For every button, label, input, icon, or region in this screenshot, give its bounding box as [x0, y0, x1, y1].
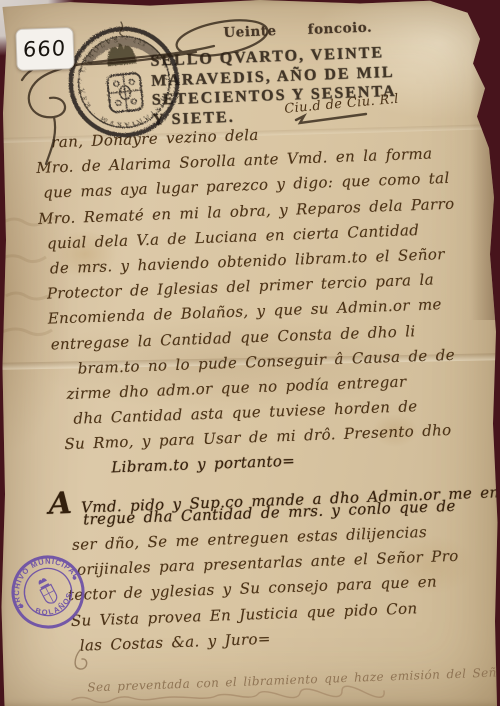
coat-of-arms-shield-icon — [107, 73, 144, 113]
stamp-top-text: ARCHIVO MUNICIPAL — [10, 554, 82, 611]
clerk-footnote: Sea preventada con el libramiento que ha… — [87, 665, 497, 694]
stamp-crown-icon — [37, 577, 47, 585]
manuscript-page: 660 Ueinte foncoio. SELLO QVARTO, VEINTE… — [0, 0, 500, 706]
tax-stamp-print-block: SELLO QVARTO, VEINTE MARAVEDIS, AÑO DE M… — [150, 43, 397, 130]
royal-seal: · CAROLVS · III · D · G · HISPANIARVM · … — [60, 18, 187, 145]
catalog-sticker: 660 — [15, 27, 74, 71]
svg-text:ARCHIVO MUNICIPAL: ARCHIVO MUNICIPAL — [10, 554, 82, 611]
seal-legend: · CAROLVS · III · D · G · HISPANIARVM · … — [60, 18, 176, 136]
stamp-shield-icon — [36, 576, 59, 605]
manuscript-body: ran, Donayre vezino dela Mro. de Alarima… — [35, 117, 500, 662]
catalog-number: 660 — [23, 36, 67, 62]
gothic-header-line: Ueinte foncoio. — [223, 20, 372, 41]
archive-stamp: ARCHIVO MUNICIPAL BOLAÑOS — [10, 554, 86, 630]
document-photo: 660 Ueinte foncoio. SELLO QVARTO, VEINTE… — [0, 0, 500, 706]
